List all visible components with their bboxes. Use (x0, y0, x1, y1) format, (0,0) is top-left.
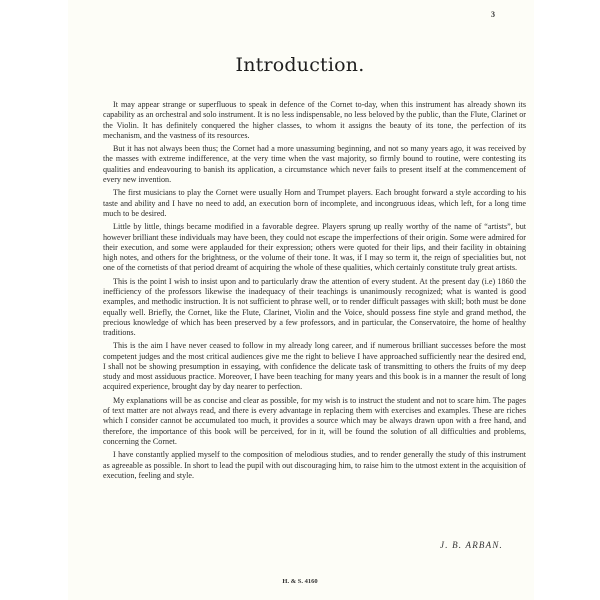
paragraph: But it has not always been thus; the Cor… (103, 144, 526, 185)
page-number: 3 (491, 10, 495, 19)
plate-number: H. & S. 4160 (0, 578, 600, 585)
body-text: It may appear strange or superfluous to … (103, 100, 526, 484)
page-title: Introduction. (0, 54, 600, 76)
paragraph: Little by little, things became modified… (103, 222, 526, 273)
paragraph: The first musicians to play the Cornet w… (103, 188, 526, 219)
paragraph: This is the point I wish to insist upon … (103, 277, 526, 339)
paragraph: It may appear strange or superfluous to … (103, 100, 526, 141)
paragraph: My explanations will be as concise and c… (103, 396, 526, 447)
author-signature: J. B. ARBAN. (440, 540, 503, 550)
paragraph: I have constantly applied myself to the … (103, 450, 526, 481)
paragraph: This is the aim I have never ceased to f… (103, 341, 526, 392)
